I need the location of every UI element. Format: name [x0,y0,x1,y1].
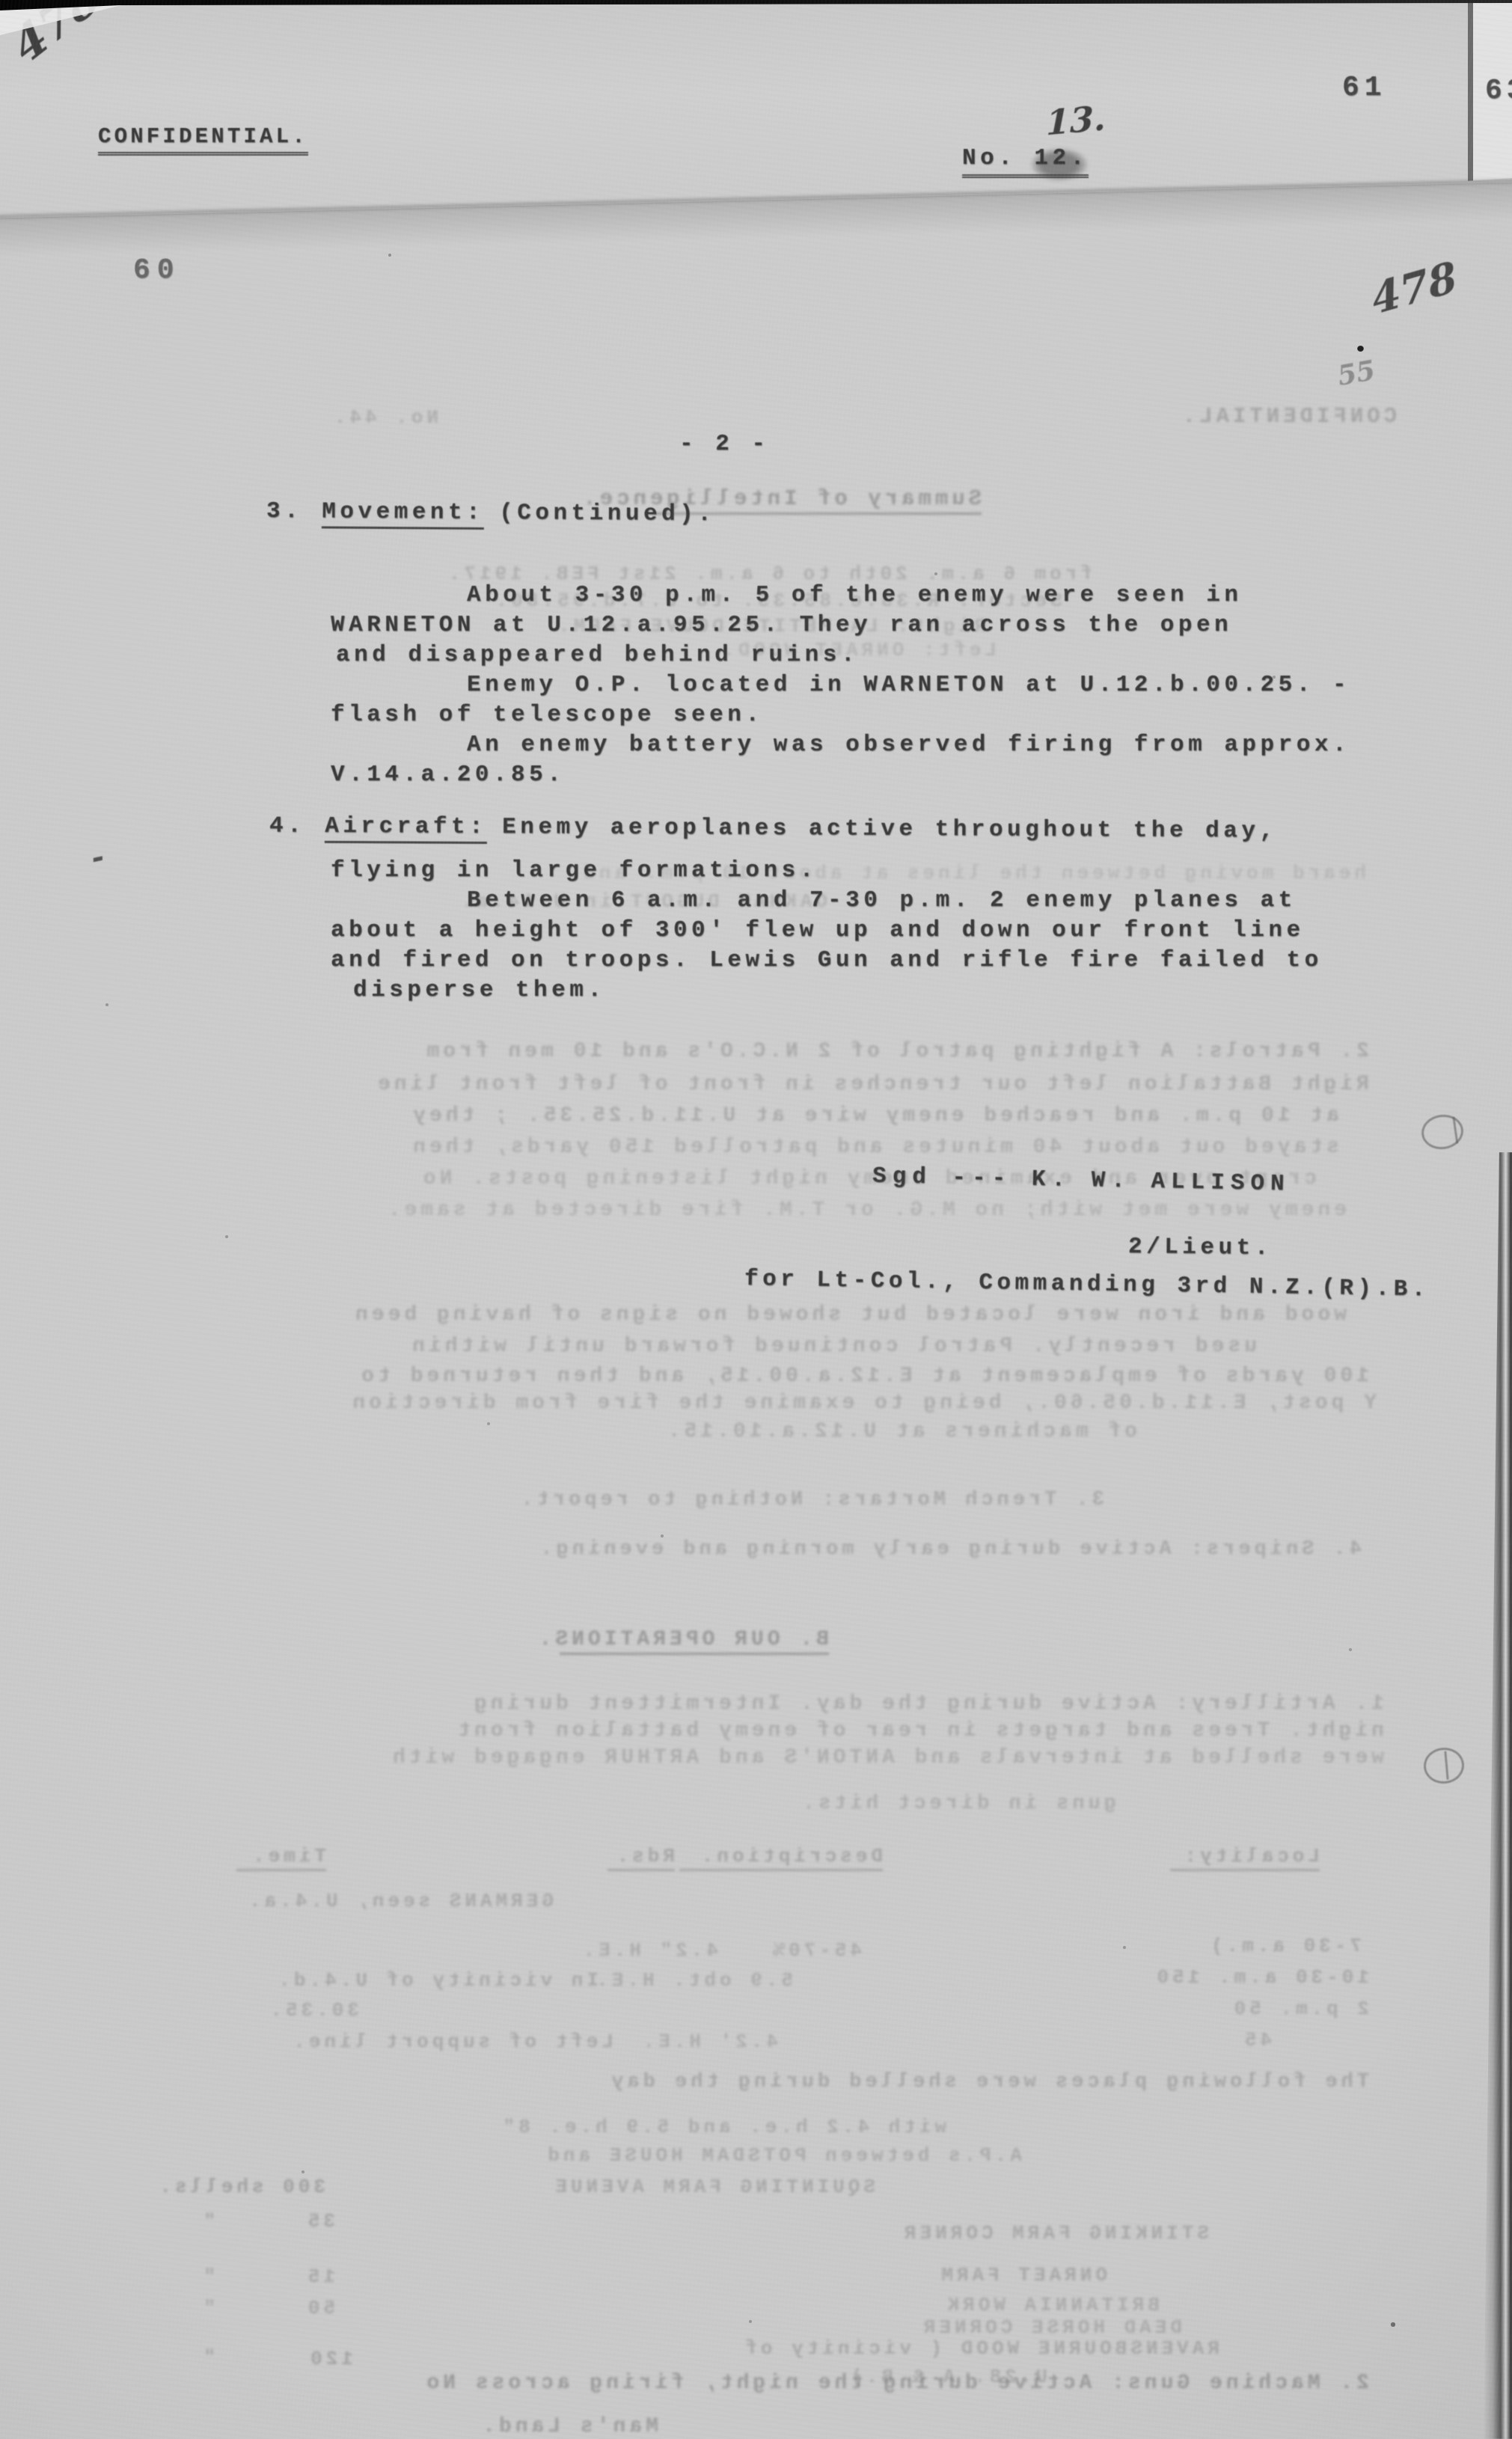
scanned-document-photo: 63 478 CONFIDENTIAL. No. 12. 13. 61 No. … [0,0,1512,2439]
bleedthrough-line: 4. Snipers: Active during early morning … [584,1538,1362,1561]
bleedthrough-line: used recently. Patrol continued forward … [224,1335,1257,1358]
bleedthrough-line: 10-30 a.m. 150 [1122,1966,1369,1989]
body-line: about a height of 300' flew up and down … [331,917,1305,943]
bleedthrough-line: B. OUR OPERATIONS. [560,1628,829,1655]
section-4-heading: 4.Aircraft:Enemy aeroplanes active throu… [269,813,1278,844]
bleedthrough-line: The following places were shelled during… [479,2071,1369,2093]
section-3-title: Movement: [322,498,484,530]
body-line: About 3-30 p.m. 5 of the enemy were seen… [467,582,1242,608]
bleedthrough-line: 7-30 a.m.) [1182,1935,1362,1957]
bleedthrough-line: CONFIDENTIAL. [1150,404,1397,429]
report-number-correction: 13. [1046,97,1106,143]
signature-rank-line: 2/Lieut. [1128,1234,1273,1261]
bleedthrough-line: 5.9 obt. H.E. [599,1969,793,1992]
bleedthrough-line: Description. [679,1845,883,1871]
classification-text: CONFIDENTIAL. [98,124,308,156]
folio-478-main: 478 [1368,251,1461,325]
bleedthrough-line: 45-70% [727,1939,862,1962]
sheet-number-60: 60 [133,254,181,287]
bleedthrough-line: 50 [290,2297,335,2319]
bleedthrough-line: Man's Land. [464,2415,658,2438]
section-4-number: 4. [269,813,305,839]
bleedthrough-line: " [193,2210,215,2233]
faint-number-55: 55 [1335,355,1378,392]
bleedthrough-line: Locality: [1170,1845,1320,1871]
bleedthrough-line: enemy were met with; no M.G. or T.M. fir… [247,1199,1347,1222]
punch-mark-line [1444,1751,1448,1780]
correction-smudge [1031,148,1088,181]
bleedthrough-line: GERMANS seen, U.4.a. [224,1890,554,1912]
bleedthrough-line: " [193,2297,215,2319]
bleedthrough-line: No. 44. [266,406,438,429]
body-line: and disappeared behind ruins. [336,642,859,668]
ink-dot [1357,346,1364,352]
bleedthrough-line: 2. Patrols: A fighting patrol of 2 N.C.O… [247,1040,1369,1063]
bleedthrough-line: 15 [290,2265,335,2288]
bleedthrough-line: night. Trees and targets in rear of enem… [284,1719,1384,1742]
section-3-continued: (Continued). [499,500,715,527]
bleedthrough-line: Y post, E.11.d.05.60., being to examine … [224,1392,1377,1415]
section-4-lead: Enemy aeroplanes active throughout the d… [502,814,1278,844]
body-line: and fired on troops. Lewis Gun and rifle… [331,947,1323,973]
body-line: flying in large formations. [331,857,818,884]
body-line: An enemy battery was observed firing fro… [467,732,1350,758]
bleedthrough-line: of machiners at U.12.a.10.15. [673,1420,1137,1443]
bleedthrough-line: were shelled at intervals and ANTON'S an… [284,1746,1384,1769]
section-3-number: 3. [266,498,302,524]
body-line: disperse them. [353,977,605,1003]
bleedthrough-line: Left of support line. [224,2031,613,2053]
bleedthrough-line: Time. [236,1845,326,1871]
bleedthrough-line: wood and iron were located but showed no… [224,1303,1347,1326]
margin-tick: - [88,839,107,875]
bleedthrough-line: " [193,2346,215,2369]
bleedthrough-line: 45 [1227,2029,1272,2051]
bleedthrough-line: A.P.s between POTSDAM HOUSE and [506,2144,1022,2167]
bleedthrough-line: Rds. [607,1845,675,1871]
bleedthrough-line: stayed out about 40 minutes and patrolle… [247,1136,1339,1159]
bleedthrough-line: guns in direct hits. [727,1793,1116,1815]
bleedthrough-line: 4.2' H.E. [636,2031,778,2053]
body-line: Between 6 a.m. and 7-30 p.m. 2 enemy pla… [467,887,1297,914]
bleedthrough-line: SQUINTING FARM AVENUE [531,2176,875,2198]
bleedthrough-line: 120 [286,2348,353,2370]
punch-mark-line [1452,1117,1458,1144]
bleedthrough-line: with 4.2 h.e. and 5.9 h.e. 8" [468,2116,946,2138]
bleedthrough-line: Right Battalion left our trenches in fro… [247,1073,1369,1096]
bleedthrough-line: STINKING FARM CORNER [887,2222,1209,2244]
body-line: WARNETON at U.12.a.95.25. They ran acros… [331,612,1232,638]
bleedthrough-line: 2 p.m. 50 [1197,1998,1369,2020]
body-line: V.14.a.20.85. [331,762,565,788]
dust-specks [0,0,1,1]
bleedthrough-line: 35 [290,2210,335,2233]
bleedthrough-line: BRITANNIA WORK [920,2294,1160,2316]
bleedthrough-line: 100 yards of emplacement at E.12.a.00.15… [224,1365,1369,1388]
section-4-title: Aircraft: [325,813,487,844]
signature-for-line: for Lt-Col., Commanding 3rd N.Z.(R).B. [744,1266,1430,1303]
bleedthrough-line: RAVENSBOURNE WOOD ( vicinity of [733,2337,1219,2360]
next-page-sliver: 63 [1468,0,1512,196]
main-page: No. 44.CONFIDENTIAL.Summary of Intellige… [0,0,1512,2439]
bleedthrough-line: 1. Artillery: Active during the day. Int… [284,1692,1384,1716]
bleedthrough-line: 3. Trench Mortars: Nothing to report. [619,1489,1104,1511]
body-line: flash of telescope seen. [331,702,763,728]
bleedthrough-line: 300 shells. [153,2176,325,2198]
bleedthrough-line: heard moving between the lines at about … [820,862,1366,884]
page-center-number: - 2 - [679,431,770,457]
bleedthrough-line: DEAD HORSE CORNER [883,2316,1182,2339]
punch-mark-top [1419,1112,1466,1151]
bleedthrough-line: at 10 p.m. and reached enemy wire at U.1… [247,1104,1339,1127]
punch-mark-bottom [1422,1746,1466,1786]
page-edge-shadow [1484,1152,1512,2439]
body-line: Enemy O.P. located in WARNETON at U.12.b… [467,672,1350,698]
bleedthrough-line: 2. Machine Guns: Active during the night… [224,2372,1369,2395]
bleedthrough-line: " [193,2265,215,2288]
bleedthrough-line: ONRAET FARM [898,2264,1107,2286]
page-number-61: 61 [1342,72,1387,104]
page-number-63: 63 [1485,75,1512,107]
bleedthrough-line: In vicinity of U.4.d. [224,1969,599,1992]
classification-stamp: CONFIDENTIAL. [98,124,308,149]
bleedthrough-line: 4.2" H.E. [584,1939,718,1962]
bleedthrough-line: 30.35. [254,1999,359,2022]
section-3-heading: 3.Movement:(Continued). [266,498,716,527]
